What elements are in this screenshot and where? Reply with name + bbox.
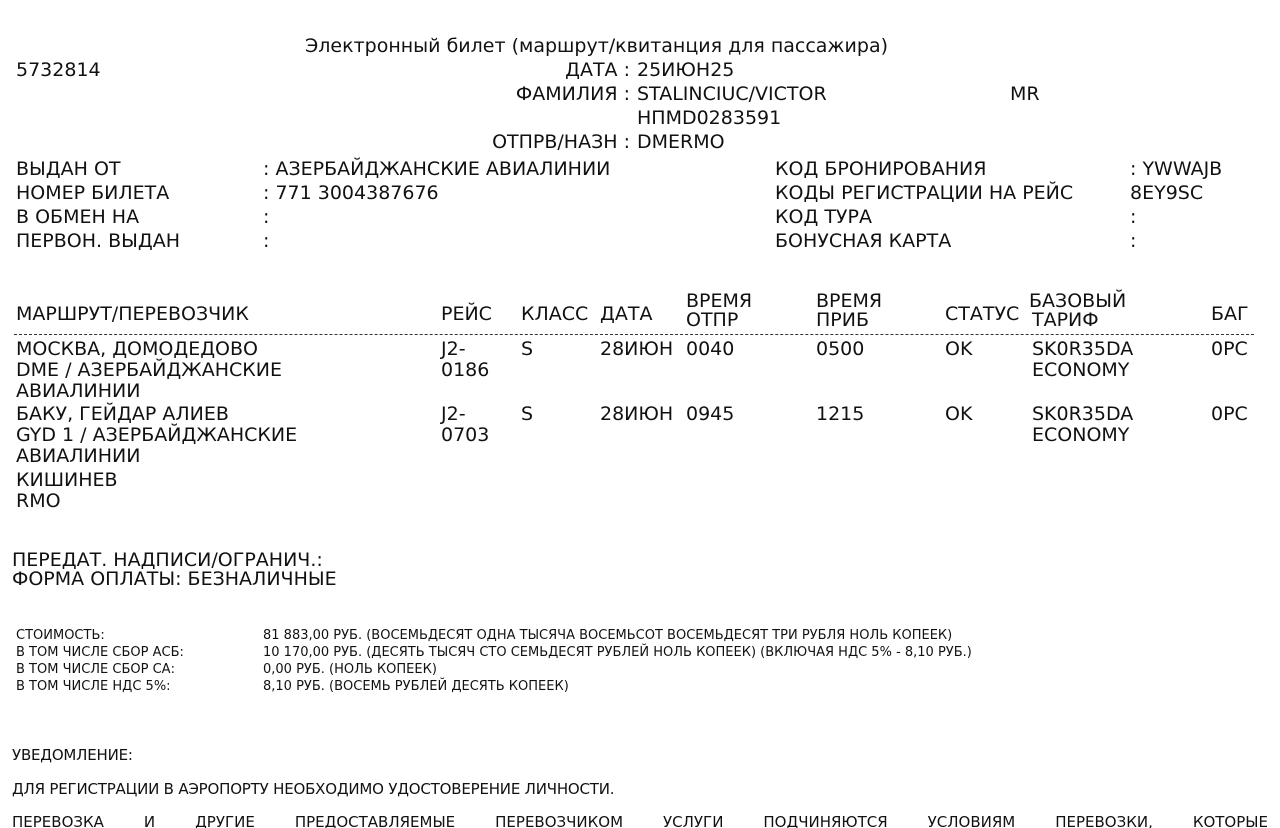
- route-label: ОТПРВ/НАЗН :: [330, 130, 630, 154]
- col-date: ДАТА: [600, 302, 652, 326]
- original-issue-value: :: [263, 229, 269, 253]
- ticket-reference: 5732814: [16, 58, 101, 82]
- notice-id-required: ДЛЯ РЕГИСТРАЦИИ В АЭРОПОРТУ НЕОБХОДИМО У…: [12, 780, 614, 798]
- ticket-number-label: НОМЕР БИЛЕТА: [16, 181, 169, 205]
- checkin-codes-label: КОДЫ РЕГИСТРАЦИИ НА РЕЙС: [775, 181, 1073, 205]
- table-separator: [14, 334, 1254, 335]
- payment-form: ФОРМА ОПЛАТЫ: БЕЗНАЛИЧНЫЕ: [12, 569, 337, 589]
- row1-arr: 0500: [816, 339, 864, 360]
- final-destination-code: RMO: [16, 491, 61, 512]
- row2-status: OK: [945, 404, 972, 425]
- passenger-document: НПMD0283591: [637, 106, 781, 130]
- row1-dep: 0040: [686, 339, 734, 360]
- col-flight: РЕЙС: [441, 302, 492, 326]
- tour-code-value: :: [1130, 205, 1136, 229]
- col-bag: БАГ: [1211, 302, 1249, 326]
- col-dep-2: ОТПР: [686, 311, 738, 330]
- fee-ca-label: В ТОМ ЧИСЛЕ СБОР СА:: [16, 661, 175, 678]
- fare-total-value: 81 883,00 РУБ. (ВОСЕМЬДЕСЯТ ОДНА ТЫСЯЧА …: [263, 627, 952, 644]
- col-status: СТАТУС: [945, 302, 1019, 326]
- passenger-name: STALINCIUC/VICTOR: [637, 82, 827, 106]
- row1-fare-2: ECONOMY: [1032, 360, 1129, 381]
- notice-terms: ПЕРЕВОЗКА И ДРУГИЕ ПРЕДОСТАВЛЯЕМЫЕ ПЕРЕВ…: [12, 812, 1268, 828]
- row1-flight-1: J2-: [441, 339, 466, 360]
- notice-heading: УВЕДОМЛЕНИЕ:: [12, 746, 133, 764]
- row2-route-3: АВИАЛИНИИ: [16, 446, 140, 467]
- date-label: ДАТА :: [330, 58, 630, 82]
- row1-date: 28ИЮН: [600, 339, 673, 360]
- document-title: Электронный билет (маршрут/квитанция для…: [305, 34, 888, 58]
- vat-label: В ТОМ ЧИСЛЕ НДС 5%:: [16, 678, 171, 695]
- original-issue-label: ПЕРВОН. ВЫДАН: [16, 229, 180, 253]
- exchange-label: В ОБМЕН НА: [16, 205, 139, 229]
- row2-flight-2: 0703: [441, 425, 489, 446]
- final-destination-city: КИШИНЕВ: [16, 470, 118, 491]
- row2-class: S: [521, 404, 533, 425]
- booking-code-value: : YWWAJB: [1130, 157, 1222, 181]
- endorsements: ПЕРЕДАТ. НАДПИСИ/ОГРАНИЧ.:: [12, 550, 323, 570]
- row1-route-3: АВИАЛИНИИ: [16, 381, 140, 402]
- exchange-value: :: [263, 205, 269, 229]
- row2-route-2: GYD 1 / АЗЕРБАЙДЖАНСКИЕ: [16, 425, 297, 446]
- col-fare-2: ТАРИФ: [1032, 311, 1099, 330]
- row1-route-1: МОСКВА, ДОМОДЕДОВО: [16, 339, 258, 360]
- fee-ca-value: 0,00 РУБ. (НОЛЬ КОПЕЕК): [263, 661, 437, 678]
- checkin-codes-value: 8EY9SC: [1130, 181, 1203, 205]
- row2-arr: 1215: [816, 404, 864, 425]
- row2-date: 28ИЮН: [600, 404, 673, 425]
- row1-bag: 0PC: [1211, 339, 1248, 360]
- fare-total-label: СТОИМОСТЬ:: [16, 627, 105, 644]
- booking-code-label: КОД БРОНИРОВАНИЯ: [775, 157, 986, 181]
- issued-by-value: : АЗЕРБАЙДЖАНСКИЕ АВИАЛИНИИ: [263, 157, 610, 181]
- vat-value: 8,10 РУБ. (ВОСЕМЬ РУБЛЕЙ ДЕСЯТЬ КОПЕЕК): [263, 678, 569, 695]
- row2-fare-2: ECONOMY: [1032, 425, 1129, 446]
- route-code: DMERMO: [637, 130, 725, 154]
- bonus-card-label: БОНУСНАЯ КАРТА: [775, 229, 951, 253]
- row2-bag: 0PC: [1211, 404, 1248, 425]
- issue-date: 25ИЮН25: [637, 58, 734, 82]
- bonus-card-value: :: [1130, 229, 1136, 253]
- row1-flight-2: 0186: [441, 360, 489, 381]
- row1-fare-1: SK0R35DA: [1032, 339, 1133, 360]
- row2-flight-1: J2-: [441, 404, 466, 425]
- row1-route-2: DME / АЗЕРБАЙДЖАНСКИЕ: [16, 360, 282, 381]
- fee-asb-label: В ТОМ ЧИСЛЕ СБОР АСБ:: [16, 644, 184, 661]
- row1-status: OK: [945, 339, 972, 360]
- col-route: МАРШРУТ/ПЕРЕВОЗЧИК: [16, 302, 249, 326]
- col-arr-2: ПРИБ: [816, 311, 869, 330]
- row1-class: S: [521, 339, 533, 360]
- passenger-title: MR: [1010, 82, 1040, 106]
- row2-fare-1: SK0R35DA: [1032, 404, 1133, 425]
- col-class: КЛАСС: [521, 302, 588, 326]
- ticket-number-value: : 771 3004387676: [263, 181, 439, 205]
- issued-by-label: ВЫДАН ОТ: [16, 157, 121, 181]
- tour-code-label: КОД ТУРА: [775, 205, 872, 229]
- surname-label: ФАМИЛИЯ :: [330, 82, 630, 106]
- row2-dep: 0945: [686, 404, 734, 425]
- row2-route-1: БАКУ, ГЕЙДАР АЛИЕВ: [16, 404, 229, 425]
- fee-asb-value: 10 170,00 РУБ. (ДЕСЯТЬ ТЫСЯЧ СТО СЕМЬДЕС…: [263, 644, 972, 661]
